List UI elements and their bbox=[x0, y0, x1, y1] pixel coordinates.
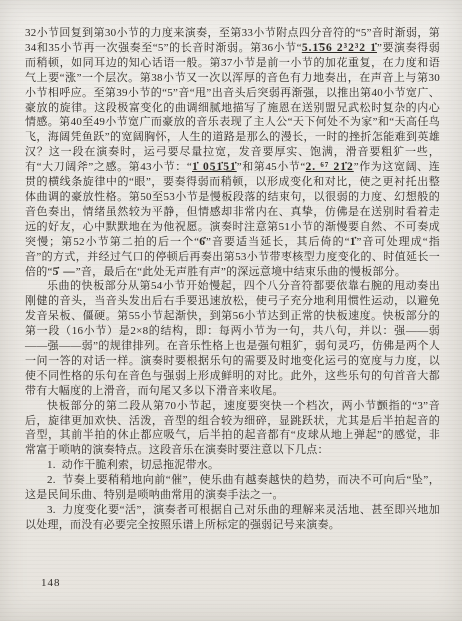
list-number: 3. bbox=[47, 504, 56, 516]
scanned-book-page: 32小节回复到第30小节的力度来演奏，至第33小节附点四分音符的“5”音时渐弱，… bbox=[0, 0, 462, 621]
notation-measure-45: 2. ⁶⁷ 21̇2 bbox=[306, 161, 354, 173]
list-text: 力度变化要“活”，演奏者可根据自己对乐曲的理解来灵活地、甚至即兴地加以处理，而没… bbox=[25, 504, 440, 531]
text-segment: ”音要适当延长，其后倚的“ bbox=[206, 236, 350, 248]
paragraph-allegro-second-section: 快板部分的第二段从第70小节起，速度要突快一个档次，两小节颤指的“3”音后，旋律… bbox=[25, 399, 440, 459]
text-segment: ”要演奏得弱而稍顿，如同耳边的知心话语一般。第37小节是前一小节的加花重复，在力… bbox=[25, 42, 440, 173]
notation-note-5-long: 5̇ — bbox=[53, 266, 76, 278]
list-number: 1. bbox=[47, 459, 56, 471]
list-item-3: 3. 力度变化要“活”，演奏者可根据自己对乐曲的理解来灵活地、甚至即兴地加以处理… bbox=[25, 503, 440, 533]
notation-note-6-high: 6̇ bbox=[199, 236, 206, 248]
notation-measure-43: 1̇ 05̲1̇5̲1̇ bbox=[192, 161, 237, 173]
list-item-2: 2. 节奏上要稍稍地向前“催”，使乐曲有越奏越快的趋势，而决不可向后“坠”，这是… bbox=[25, 473, 440, 503]
list-text: 动作干脆利索，切忌拖泥带水。 bbox=[62, 459, 220, 471]
text-segment: ”和第45小节“ bbox=[237, 161, 306, 173]
list-item-1: 1. 动作干脆利索，切忌拖泥带水。 bbox=[25, 458, 440, 473]
page-number: 148 bbox=[41, 577, 61, 589]
notation-measure-36: 5.1͡56 2³2³2 1̇ bbox=[302, 42, 377, 54]
list-text: 节奏上要稍稍地向前“催”，使乐曲有越奏越快的趋势，而决不可向后“坠”，这是民间乐… bbox=[25, 474, 440, 501]
paragraph-slow-section-continuation: 32小节回复到第30小节的力度来演奏，至第33小节附点四分音符的“5”音时渐弱，… bbox=[25, 26, 440, 279]
paragraph-allegro-first-section: 乐曲的快板部分从第54小节开始慢起，四个八分音符都要依靠右腕的甩动奏出刚健的音头… bbox=[25, 279, 440, 398]
notation-note-1-high: 1̇ bbox=[350, 236, 357, 248]
list-number: 2. bbox=[47, 474, 56, 486]
text-segment: ”音，最后在“此处无声胜有声”的深远意境中结束乐曲的慢板部分。 bbox=[76, 266, 406, 278]
